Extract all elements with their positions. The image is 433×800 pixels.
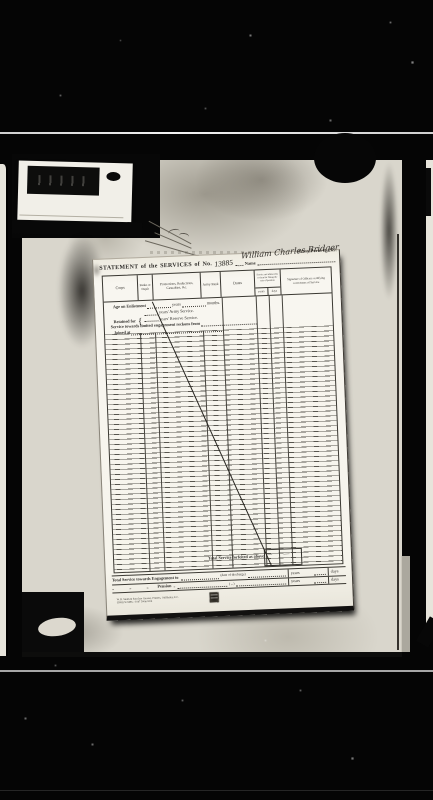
rule-fill [144, 316, 158, 322]
dark-streak [380, 162, 398, 300]
pension-label: Pension [157, 584, 171, 589]
service-note-text: Service not allowed to reckon for fixing… [255, 269, 281, 287]
film-dust-specks [0, 0, 1, 1]
stamp-mark [209, 592, 218, 602]
rule-fill [248, 571, 286, 578]
enlistment-block: Age on Enlistment years months. Retained… [107, 296, 260, 334]
forfeited-pen-marks: — — [266, 551, 295, 558]
film-splice-line-bottom [0, 670, 433, 672]
rule-fill [236, 579, 286, 586]
col-promotions: Promotions, Reductions, Casualties, &c. [153, 273, 202, 300]
rule-fill [235, 260, 243, 266]
index-card [17, 161, 133, 226]
col-rank: Ranks or Depôt [138, 275, 154, 301]
printer-imprint: W. H. Smith & Son (late Groves), Printer… [117, 594, 213, 605]
film-faint-line [0, 790, 433, 791]
card-punch-hole [106, 172, 120, 181]
joined-at-label: Joined at [114, 331, 131, 336]
rule-fill [257, 257, 335, 266]
age-months-label: months. [207, 301, 221, 306]
frame-light-strip [401, 556, 410, 652]
col-days: days [268, 287, 280, 294]
days-cell: days [328, 576, 346, 584]
adjacent-frame-cut [416, 616, 433, 647]
service-table: Corps Ranks or Depôt Promotions, Reducti… [102, 266, 344, 573]
col-corps: Corps [103, 275, 139, 301]
col-army-rank: Army Rank [201, 272, 222, 298]
adjacent-card-block [426, 168, 431, 216]
adjacent-frame-left [0, 164, 8, 656]
frame-inner-line [397, 234, 399, 650]
top-edge-notch [314, 133, 376, 183]
discharge-note: (date of discharge) [220, 573, 245, 577]
paren-ditto: ( „ ) [229, 582, 235, 586]
card-faint-glyphs [35, 175, 91, 186]
col-dates: Dates [221, 270, 256, 296]
years-days-subheader: years days [255, 286, 280, 295]
col-signature: Signature of Officers certifying correct… [281, 267, 332, 294]
rule-fill [147, 302, 171, 308]
years-cell: years [288, 577, 312, 585]
ditto-mark: „ [173, 584, 175, 588]
film-splice-line-top [0, 132, 433, 134]
age-years-label: years [172, 303, 181, 308]
name-label: Name [245, 261, 256, 266]
col-years: years [255, 288, 268, 296]
torn-corner-paper [37, 615, 77, 638]
rule-fill [201, 318, 257, 326]
age-label: Age on Enlistment [113, 304, 146, 310]
col-service-note: Service not allowed to reckon for fixing… [255, 269, 282, 295]
service-record-form: Army Form B. 265. STATEMENT of the SERVI… [92, 249, 354, 621]
form-title: STATEMENT of the SERVICES of No. [99, 261, 212, 272]
rule-fill [314, 569, 326, 574]
rule-fill [180, 574, 218, 581]
adjacent-frame-right [426, 160, 433, 638]
service-number-handwritten: 13885 [214, 258, 233, 268]
rule-fill [177, 582, 227, 589]
rule-fill [182, 300, 206, 306]
torn-corner [22, 592, 84, 652]
microfilm-frame: Army Form B. 265. STATEMENT of the SERVI… [0, 0, 433, 800]
rule-fill [314, 578, 326, 583]
card-label-block [27, 166, 100, 196]
card-edge-line [19, 215, 123, 219]
ditto-marks: „ „ „ [112, 585, 155, 591]
